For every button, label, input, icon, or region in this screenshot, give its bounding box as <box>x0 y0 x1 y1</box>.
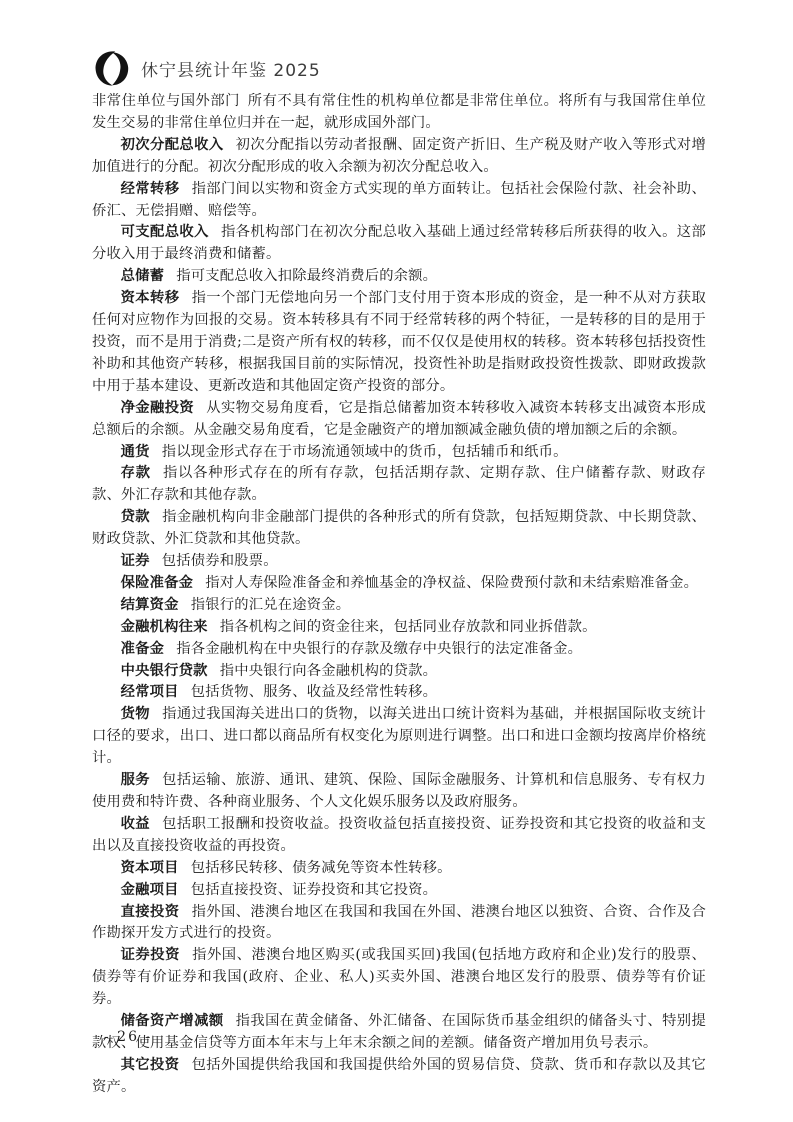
page-number: - 26 - <box>104 1029 152 1045</box>
definition-term: 净金融投资 <box>121 400 195 416</box>
definition-paragraph: 服务包括运输、旅游、通讯、建筑、保险、国际金融服务、计算机和信息服务、专有权力使… <box>92 770 706 814</box>
definition-term: 直接投资 <box>121 904 180 920</box>
definition-paragraph: 准备金指各金融机构在中央银行的存款及缴存中央银行的法定准备金。 <box>92 639 706 661</box>
definition-term: 初次分配总收入 <box>121 137 224 153</box>
definition-paragraph: 收益包括职工报酬和投资收益。投资收益包括直接投资、证券投资和其它投资的收益和支出… <box>92 814 706 858</box>
definition-paragraph: 中央银行贷款指中央银行向各金融机构的贷款。 <box>92 661 706 683</box>
definition-text: 指部门间以实物和资金方式实现的单方面转让。包括社会保险付款、社会补助、侨汇、无偿… <box>92 181 706 219</box>
definition-paragraph: 经常项目包括货物、服务、收益及经常性转移。 <box>92 682 706 704</box>
page-header: 休宁县统计年鉴 2025 <box>93 50 321 87</box>
lead-paragraph: 非常住单位与国外部门所有不具有常住性的机构单位都是非常住单位。将所有与我国常住单… <box>92 91 706 135</box>
definition-term: 经常转移 <box>121 181 180 197</box>
definition-term: 证券投资 <box>121 947 180 963</box>
definition-term: 经常项目 <box>121 684 179 700</box>
definition-paragraph: 金融机构往来指各机构之间的资金往来，包括同业存放款和同业拆借款。 <box>92 617 706 639</box>
definition-text: 指中央银行向各金融机构的贷款。 <box>220 663 437 679</box>
definition-term: 贷款 <box>121 509 150 525</box>
lead-term: 非常住单位与国外部门 <box>92 93 240 109</box>
definition-text: 指一个部门无偿地向另一个部门支付用于资本形成的资金，是一种不从对方获取任何对应物… <box>92 290 706 394</box>
definition-text: 包括运输、旅游、通讯、建筑、保险、国际金融服务、计算机和信息服务、专有权力使用费… <box>92 772 706 810</box>
definition-text: 指金融机构向非金融部门提供的各种形式的所有贷款，包括短期贷款、中长期贷款、财政贷… <box>92 509 706 547</box>
definition-term: 通货 <box>121 444 150 460</box>
definition-paragraph: 结算资金指银行的汇兑在途资金。 <box>92 595 706 617</box>
definition-text: 指以现金形式存在于市场流通领域中的货币，包括辅币和纸币。 <box>162 444 568 460</box>
definition-text: 指银行的汇兑在途资金。 <box>191 597 350 613</box>
definition-text: 指对人寿保险准备金和养恤基金的净权益、保险费预付款和未结索赔准备金。 <box>205 575 698 591</box>
definition-paragraph: 保险准备金指对人寿保险准备金和养恤基金的净权益、保险费预付款和未结索赔准备金。 <box>92 573 706 595</box>
definition-term: 资本转移 <box>121 290 180 306</box>
definition-term: 资本项目 <box>121 860 179 876</box>
definition-paragraph: 存款指以各种形式存在的所有存款，包括活期存款、定期存款、住户储蓄存款、财政存款、… <box>92 463 706 507</box>
definition-text: 指通过我国海关进出口的货物，以海关进出口统计资料为基础，并根据国际收支统计口径的… <box>92 706 706 766</box>
definition-text: 包括直接投资、证券投资和其它投资。 <box>191 882 437 898</box>
yearbook-title: 休宁县统计年鉴 2025 <box>141 56 321 81</box>
definition-paragraph: 总储蓄指可支配总收入扣除最终消费后的余额。 <box>92 266 706 288</box>
definition-term: 证券 <box>121 553 150 569</box>
definition-text: 包括移民转移、债务减免等资本性转移。 <box>191 860 452 876</box>
definition-paragraph: 证券包括债券和股票。 <box>92 551 706 573</box>
definition-paragraph: 贷款指金融机构向非金融部门提供的各种形式的所有贷款，包括短期贷款、中长期贷款、财… <box>92 507 706 551</box>
definition-paragraph: 证券投资指外国、港澳台地区购买(或我国买回)我国(包括地方政府和企业)发行的股票… <box>92 945 706 1011</box>
yearbook-page: 休宁县统计年鉴 2025 非常住单位与国外部门所有不具有常住性的机构单位都是非常… <box>0 0 793 1122</box>
definition-paragraph: 货物指通过我国海关进出口的货物，以海关进出口统计资料为基础，并根据国际收支统计口… <box>92 704 706 770</box>
definition-text: 指外国、港澳台地区购买(或我国买回)我国(包括地方政府和企业)发行的股票、债券等… <box>92 947 706 1007</box>
definition-term: 收益 <box>121 816 150 832</box>
definition-term: 金融机构往来 <box>121 619 208 635</box>
definition-term: 货物 <box>121 706 150 722</box>
definition-paragraph: 初次分配总收入初次分配指以劳动者报酬、固定资产折旧、生产税及财产收入等形式对增加… <box>92 135 706 179</box>
definition-paragraph: 其它投资包括外国提供给我国和我国提供给外国的贸易信贷、贷款、货币和存款以及其它资… <box>92 1055 706 1099</box>
definition-term: 其它投资 <box>121 1057 180 1073</box>
definition-paragraph: 资本转移指一个部门无偿地向另一个部门支付用于资本形成的资金，是一种不从对方获取任… <box>92 288 706 398</box>
definition-paragraph: 净金融投资从实物交易角度看，它是指总储蓄加资本转移收入减资本转移支出减资本形成总… <box>92 398 706 442</box>
definition-paragraph: 资本项目包括移民转移、债务减免等资本性转移。 <box>92 858 706 880</box>
definition-paragraph: 金融项目包括直接投资、证券投资和其它投资。 <box>92 880 706 902</box>
definition-text: 包括债券和股票。 <box>162 553 278 569</box>
definition-term: 中央银行贷款 <box>121 663 208 679</box>
definition-text: 指各机构之间的资金往来，包括同业存放款和同业拆借款。 <box>220 619 597 635</box>
definition-term: 储备资产增减额 <box>121 1013 224 1029</box>
definition-text: 指以各种形式存在的所有存款，包括活期存款、定期存款、住户储蓄存款、财政存款、外汇… <box>92 465 706 503</box>
definition-paragraph: 直接投资指外国、港澳台地区在我国和我国在外国、港澳台地区以独资、合资、合作及合作… <box>92 902 706 946</box>
definition-term: 存款 <box>121 465 151 481</box>
definition-term: 总储蓄 <box>121 268 165 284</box>
definition-text: 包括职工报酬和投资收益。投资收益包括直接投资、证券投资和其它投资的收益和支出以及… <box>92 816 706 854</box>
definition-term: 结算资金 <box>121 597 179 613</box>
definition-text: 包括货物、服务、收益及经常性转移。 <box>191 684 437 700</box>
definition-paragraph: 可支配总收入指各机构部门在初次分配总收入基础上通过经常转移后所获得的收入。这部分… <box>92 222 706 266</box>
definition-paragraph: 通货指以现金形式存在于市场流通领域中的货币，包括辅币和纸币。 <box>92 442 706 464</box>
definition-term: 金融项目 <box>121 882 179 898</box>
definition-text: 包括外国提供给我国和我国提供给外国的贸易信贷、贷款、货币和存款以及其它资产。 <box>92 1057 706 1095</box>
definition-term: 服务 <box>121 772 150 788</box>
definitions-list: 非常住单位与国外部门所有不具有常住性的机构单位都是非常住单位。将所有与我国常住单… <box>92 91 706 1099</box>
yearbook-logo-icon <box>93 50 130 87</box>
definition-term: 准备金 <box>121 641 165 657</box>
definition-term: 保险准备金 <box>121 575 193 591</box>
definition-text: 指各金融机构在中央银行的存款及缴存中央银行的法定准备金。 <box>176 641 582 657</box>
definition-term: 可支配总收入 <box>121 224 209 240</box>
definition-paragraph: 经常转移指部门间以实物和资金方式实现的单方面转让。包括社会保险付款、社会补助、侨… <box>92 179 706 223</box>
definition-paragraph: 储备资产增减额指我国在黄金储备、外汇储备、在国际货币基金组织的储备头寸、特别提款… <box>92 1011 706 1055</box>
definition-text: 指外国、港澳台地区在我国和我国在外国、港澳台地区以独资、合资、合作及合作勘探开发… <box>92 904 706 942</box>
definition-text: 指可支配总收入扣除最终消费后的余额。 <box>176 268 437 284</box>
